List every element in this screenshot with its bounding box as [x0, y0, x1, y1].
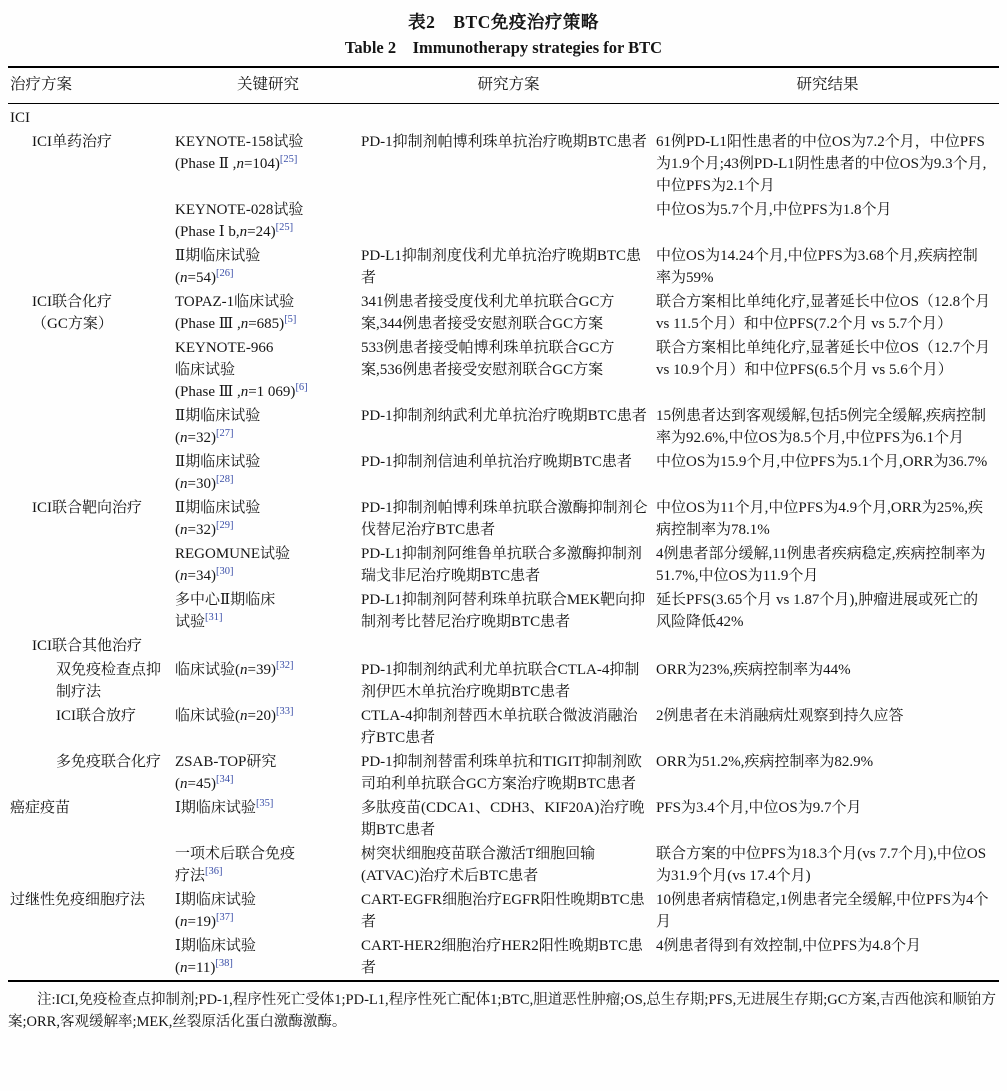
- cell-key-study: 多中心Ⅱ期临床试验[31]: [175, 588, 361, 634]
- cell-study-result: 联合方案相比单纯化疗,显著延长中位OS（12.7个月 vs 10.9个月）和中位…: [656, 336, 999, 404]
- citation-ref: [28]: [216, 474, 234, 485]
- cell-treatment-plan: [8, 450, 175, 496]
- citation-ref: [36]: [205, 866, 223, 877]
- cell-study-result: [656, 104, 999, 131]
- table-row: KEYNOTE-028试验(Phase Ⅰ b,n=24)[25]中位OS为5.…: [8, 198, 999, 244]
- table-title-zh: 表2 BTC免疫治疗策略: [8, 6, 999, 34]
- header-study-design: 研究方案: [361, 67, 656, 104]
- cell-key-study: [175, 104, 361, 131]
- n-variable: n: [180, 914, 188, 930]
- citation-ref: [38]: [215, 958, 233, 969]
- cell-study-design: CTLA-4抑制剂替西木单抗联合微波消融治疗BTC患者: [361, 704, 656, 750]
- cell-key-study: KEYNOTE-158试验(Phase Ⅱ ,n=104)[25]: [175, 130, 361, 198]
- citation-ref: [5]: [284, 314, 296, 325]
- cell-treatment-plan: [8, 588, 175, 634]
- cell-key-study: ZSAB-TOP研究(n=45)[34]: [175, 750, 361, 796]
- cell-key-study: [175, 634, 361, 658]
- cell-treatment-plan: ICI: [8, 104, 175, 131]
- cell-key-study: KEYNOTE-028试验(Phase Ⅰ b,n=24)[25]: [175, 198, 361, 244]
- table-row: 双免疫检查点抑制疗法临床试验(n=39)[32]PD-1抑制剂纳武利尤单抗联合C…: [8, 658, 999, 704]
- cell-study-design: PD-1抑制剂纳武利尤单抗联合CTLA-4抑制剂伊匹木单抗治疗晚期BTC患者: [361, 658, 656, 704]
- cell-key-study: REGOMUNE试验(n=34)[30]: [175, 542, 361, 588]
- cell-treatment-plan: 癌症疫苗: [8, 796, 175, 842]
- table-footnote: 注:ICI,免疫检查点抑制剂;PD-1,程序性死亡受体1;PD-L1,程序性死亡…: [8, 989, 999, 1033]
- cell-study-design: 533例患者接受帕博利珠单抗联合GC方案,536例患者接受安慰剂联合GC方案: [361, 336, 656, 404]
- cell-treatment-plan: [8, 934, 175, 981]
- cell-study-result: 2例患者在未消融病灶观察到持久应答: [656, 704, 999, 750]
- citation-ref: [30]: [216, 566, 234, 577]
- cell-treatment-plan: ICI联合其他治疗: [8, 634, 175, 658]
- n-variable: n: [236, 156, 244, 172]
- cell-study-result: 4例患者得到有效控制,中位PFS为4.8个月: [656, 934, 999, 981]
- cell-treatment-plan: ICI联合放疗: [8, 704, 175, 750]
- table-row: Ⅱ期临床试验(n=54)[26]PD-L1抑制剂度伐利尤单抗治疗晚期BTC患者中…: [8, 244, 999, 290]
- n-variable: n: [180, 960, 188, 976]
- cell-study-design: PD-L1抑制剂度伐利尤单抗治疗晚期BTC患者: [361, 244, 656, 290]
- paper-page: 表2 BTC免疫治疗策略 Table 2 Immunotherapy strat…: [0, 0, 1007, 1033]
- table-row: KEYNOTE-966临床试验(Phase Ⅲ ,n=1 069)[6]533例…: [8, 336, 999, 404]
- header-study-result: 研究结果: [656, 67, 999, 104]
- cell-study-result: PFS为3.4个月,中位OS为9.7个月: [656, 796, 999, 842]
- cell-treatment-plan: ICI联合化疗（GC方案）: [8, 290, 175, 336]
- cell-study-result: 中位OS为14.24个月,中位PFS为3.68个月,疾病控制率为59%: [656, 244, 999, 290]
- cell-study-result: 61例PD-L1阳性患者的中位OS为7.2个月，中位PFS为1.9个月;43例P…: [656, 130, 999, 198]
- cell-key-study: 一项术后联合免疫疗法[36]: [175, 842, 361, 888]
- cell-key-study: TOPAZ-1临床试验(Phase Ⅲ ,n=685)[5]: [175, 290, 361, 336]
- cell-study-design: PD-1抑制剂帕博利珠单抗联合激酶抑制剂仑伐替尼治疗BTC患者: [361, 496, 656, 542]
- cell-treatment-plan: ICI联合靶向治疗: [8, 496, 175, 542]
- table-row: 多中心Ⅱ期临床试验[31]PD-L1抑制剂阿替利珠单抗联合MEK靶向抑制剂考比替…: [8, 588, 999, 634]
- citation-ref: [26]: [216, 268, 234, 279]
- cell-study-design: PD-L1抑制剂阿替利珠单抗联合MEK靶向抑制剂考比替尼治疗晚期BTC患者: [361, 588, 656, 634]
- cell-study-result: 15例患者达到客观缓解,包括5例完全缓解,疾病控制率为92.6%,中位OS为8.…: [656, 404, 999, 450]
- header-row: 治疗方案 关键研究 研究方案 研究结果: [8, 67, 999, 104]
- table-body: ICIICI单药治疗KEYNOTE-158试验(Phase Ⅱ ,n=104)[…: [8, 104, 999, 982]
- header-treatment-plan: 治疗方案: [8, 67, 175, 104]
- table-row: ICI单药治疗KEYNOTE-158试验(Phase Ⅱ ,n=104)[25]…: [8, 130, 999, 198]
- cell-study-design: [361, 634, 656, 658]
- cell-study-result: 中位OS为15.9个月,中位PFS为5.1个月,ORR为36.7%: [656, 450, 999, 496]
- cell-study-result: 延长PFS(3.65个月 vs 1.87个月),肿瘤进展或死亡的风险降低42%: [656, 588, 999, 634]
- table-row: Ⅰ期临床试验(n=11)[38]CART-HER2细胞治疗HER2阳性晚期BTC…: [8, 934, 999, 981]
- n-variable: n: [240, 224, 248, 240]
- n-variable: n: [180, 476, 188, 492]
- cell-treatment-plan: [8, 336, 175, 404]
- cell-key-study: Ⅰ期临床试验[35]: [175, 796, 361, 842]
- header-key-study: 关键研究: [175, 67, 361, 104]
- cell-key-study: Ⅱ期临床试验(n=54)[26]: [175, 244, 361, 290]
- cell-study-design: PD-1抑制剂替雷利珠单抗和TIGIT抑制剂欧司珀利单抗联合GC方案治疗晚期BT…: [361, 750, 656, 796]
- cell-study-result: ORR为51.2%,疾病控制率为82.9%: [656, 750, 999, 796]
- cell-study-result: 中位OS为5.7个月,中位PFS为1.8个月: [656, 198, 999, 244]
- cell-study-design: CART-EGFR细胞治疗EGFR阳性晚期BTC患者: [361, 888, 656, 934]
- cell-treatment-plan: [8, 404, 175, 450]
- cell-treatment-plan: 双免疫检查点抑制疗法: [8, 658, 175, 704]
- cell-study-result: [656, 634, 999, 658]
- cell-key-study: Ⅰ期临床试验(n=11)[38]: [175, 934, 361, 981]
- cell-treatment-plan: [8, 842, 175, 888]
- table-row: ICI: [8, 104, 999, 131]
- cell-key-study: Ⅱ期临床试验(n=32)[27]: [175, 404, 361, 450]
- immunotherapy-table: 治疗方案 关键研究 研究方案 研究结果 ICIICI单药治疗KEYNOTE-15…: [8, 66, 999, 982]
- citation-ref: [31]: [205, 612, 223, 623]
- citation-ref: [37]: [216, 912, 234, 923]
- n-variable: n: [241, 384, 249, 400]
- cell-study-result: 中位OS为11个月,中位PFS为4.9个月,ORR为25%,疾病控制率为78.1…: [656, 496, 999, 542]
- cell-study-design: 多肽疫苗(CDCA1、CDH3、KIF20A)治疗晚期BTC患者: [361, 796, 656, 842]
- table-row: ICI联合其他治疗: [8, 634, 999, 658]
- table-row: 癌症疫苗Ⅰ期临床试验[35]多肽疫苗(CDCA1、CDH3、KIF20A)治疗晚…: [8, 796, 999, 842]
- cell-study-design: 341例患者接受度伐利尤单抗联合GC方案,344例患者接受安慰剂联合GC方案: [361, 290, 656, 336]
- cell-treatment-plan: [8, 542, 175, 588]
- cell-key-study: Ⅱ期临床试验(n=30)[28]: [175, 450, 361, 496]
- table-row: REGOMUNE试验(n=34)[30]PD-L1抑制剂阿维鲁单抗联合多激酶抑制…: [8, 542, 999, 588]
- cell-treatment-plan: 多免疫联合化疗: [8, 750, 175, 796]
- table-row: 多免疫联合化疗ZSAB-TOP研究(n=45)[34]PD-1抑制剂替雷利珠单抗…: [8, 750, 999, 796]
- table-title-en: Table 2 Immunotherapy strategies for BTC: [8, 34, 999, 66]
- table-row: ICI联合放疗临床试验(n=20)[33]CTLA-4抑制剂替西木单抗联合微波消…: [8, 704, 999, 750]
- cell-study-design: CART-HER2细胞治疗HER2阳性晚期BTC患者: [361, 934, 656, 981]
- cell-study-result: ORR为23%,疾病控制率为44%: [656, 658, 999, 704]
- table-row: Ⅱ期临床试验(n=32)[27]PD-1抑制剂纳武利尤单抗治疗晚期BTC患者15…: [8, 404, 999, 450]
- citation-ref: [34]: [216, 774, 234, 785]
- n-variable: n: [240, 662, 248, 678]
- cell-study-design: [361, 198, 656, 244]
- cell-treatment-plan: [8, 244, 175, 290]
- table-row: Ⅱ期临床试验(n=30)[28]PD-1抑制剂信迪利单抗治疗晚期BTC患者中位O…: [8, 450, 999, 496]
- cell-key-study: Ⅱ期临床试验(n=32)[29]: [175, 496, 361, 542]
- citation-ref: [32]: [276, 660, 294, 671]
- cell-study-design: 树突状细胞疫苗联合激活T细胞回输(ATVAC)治疗术后BTC患者: [361, 842, 656, 888]
- n-variable: n: [180, 568, 188, 584]
- n-variable: n: [180, 430, 188, 446]
- citation-ref: [6]: [295, 382, 307, 393]
- cell-study-result: 联合方案相比单纯化疗,显著延长中位OS（12.8个月 vs 11.5个月）和中位…: [656, 290, 999, 336]
- n-variable: n: [180, 776, 188, 792]
- cell-study-design: PD-L1抑制剂阿维鲁单抗联合多激酶抑制剂瑞戈非尼治疗晚期BTC患者: [361, 542, 656, 588]
- citation-ref: [29]: [216, 520, 234, 531]
- cell-study-result: 10例患者病情稳定,1例患者完全缓解,中位PFS为4个月: [656, 888, 999, 934]
- cell-study-result: 联合方案的中位PFS为18.3个月(vs 7.7个月),中位OS为31.9个月(…: [656, 842, 999, 888]
- cell-study-result: 4例患者部分缓解,11例患者疾病稳定,疾病控制率为51.7%,中位OS为11.9…: [656, 542, 999, 588]
- table-row: ICI联合靶向治疗Ⅱ期临床试验(n=32)[29]PD-1抑制剂帕博利珠单抗联合…: [8, 496, 999, 542]
- citation-ref: [25]: [280, 154, 298, 165]
- table-header: 治疗方案 关键研究 研究方案 研究结果: [8, 67, 999, 104]
- table-row: 过继性免疫细胞疗法Ⅰ期临床试验(n=19)[37]CART-EGFR细胞治疗EG…: [8, 888, 999, 934]
- citation-ref: [27]: [216, 428, 234, 439]
- cell-key-study: Ⅰ期临床试验(n=19)[37]: [175, 888, 361, 934]
- table-row: 一项术后联合免疫疗法[36]树突状细胞疫苗联合激活T细胞回输(ATVAC)治疗术…: [8, 842, 999, 888]
- cell-study-design: [361, 104, 656, 131]
- citation-ref: [35]: [256, 798, 274, 809]
- n-variable: n: [241, 316, 249, 332]
- table-row: ICI联合化疗（GC方案）TOPAZ-1临床试验(Phase Ⅲ ,n=685)…: [8, 290, 999, 336]
- n-variable: n: [180, 270, 188, 286]
- n-variable: n: [180, 522, 188, 538]
- cell-key-study: 临床试验(n=39)[32]: [175, 658, 361, 704]
- cell-study-design: PD-1抑制剂信迪利单抗治疗晚期BTC患者: [361, 450, 656, 496]
- citation-ref: [25]: [276, 222, 294, 233]
- cell-study-design: PD-1抑制剂帕博利珠单抗治疗晚期BTC患者: [361, 130, 656, 198]
- n-variable: n: [240, 708, 248, 724]
- cell-treatment-plan: ICI单药治疗: [8, 130, 175, 198]
- cell-study-design: PD-1抑制剂纳武利尤单抗治疗晚期BTC患者: [361, 404, 656, 450]
- cell-key-study: KEYNOTE-966临床试验(Phase Ⅲ ,n=1 069)[6]: [175, 336, 361, 404]
- cell-key-study: 临床试验(n=20)[33]: [175, 704, 361, 750]
- cell-treatment-plan: [8, 198, 175, 244]
- citation-ref: [33]: [276, 706, 294, 717]
- cell-treatment-plan: 过继性免疫细胞疗法: [8, 888, 175, 934]
